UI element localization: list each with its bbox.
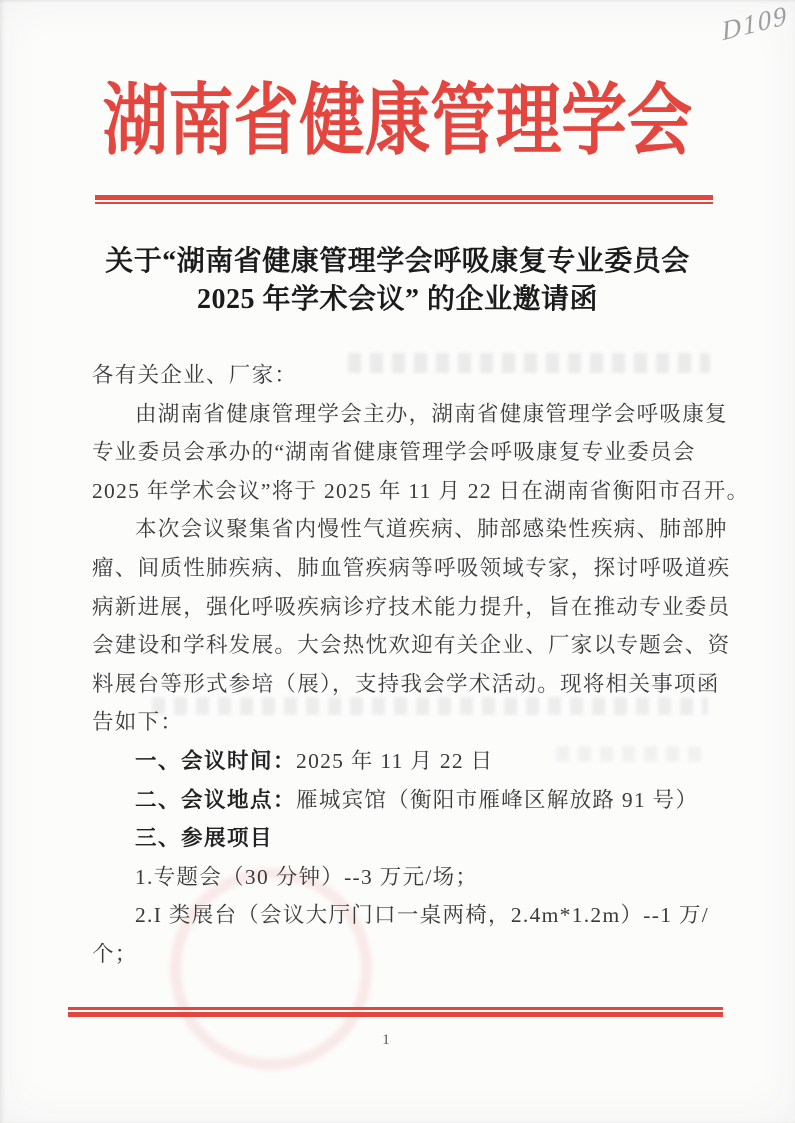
body-line: 料展台等形式参培（展），支持我会学术活动。现将相关事项函 <box>92 665 716 704</box>
letterhead-rule <box>95 195 713 204</box>
body-line: 由湖南省健康管理学会主办，湖南省健康管理学会呼吸康复 <box>92 395 716 434</box>
footer-rule <box>68 1007 723 1017</box>
body-line: 会建设和学科发展。大会热忱欢迎有关企业、厂家以专题会、资 <box>92 626 716 665</box>
body-line: 专业委员会承办的“湖南省健康管理学会呼吸康复专业委员会 <box>92 433 716 472</box>
body-line: 本次会议聚集省内慢性气道疾病、肺部感染性疾病、肺部肿 <box>92 510 716 549</box>
meeting-place-label: 二、会议地点： <box>135 788 296 812</box>
letterhead-rule-thick-line <box>95 195 713 200</box>
exhibition-item-1: 1.专题会（30 分钟）--3 万元/场； <box>92 858 716 897</box>
exhibition-item-2-line1: 2.I 类展台（会议大厅门口一桌两椅，2.4m*1.2m）--1 万/ <box>92 896 716 935</box>
meeting-time-label: 一、会议时间： <box>135 749 296 773</box>
footer-rule-thick-line <box>68 1012 723 1017</box>
meeting-place-line: 二、会议地点：雁城宾馆（衡阳市雁峰区解放路 91 号） <box>92 781 716 820</box>
handwritten-note: D109 <box>721 2 790 46</box>
meeting-time-value: 2025 年 11 月 22 日 <box>296 749 493 773</box>
document-title-line1: 关于“湖南省健康管理学会呼吸康复专业委员会 <box>55 243 740 281</box>
footer-rule-thin-line <box>68 1007 723 1010</box>
body-line: 瘤、间质性肺疾病、肺血管疾病等呼吸领域专家，探讨呼吸道疾 <box>92 549 716 588</box>
scanned-invitation-letter: D109 湖南省健康管理学会 关于“湖南省健康管理学会呼吸康复专业委员会 202… <box>0 0 795 1123</box>
meeting-place-value: 雁城宾馆（衡阳市雁峰区解放路 91 号） <box>296 788 698 812</box>
body-line: 告如下： <box>92 703 716 742</box>
letter-body: 各有关企业、厂家： 由湖南省健康管理学会主办，湖南省健康管理学会呼吸康复 专业委… <box>92 356 716 974</box>
page-number: 1 <box>0 1032 772 1049</box>
document-title-line2: 2025 年学术会议” 的企业邀请函 <box>55 281 740 319</box>
body-line: 病新进展，强化呼吸疾病诊疗技术能力提升，旨在推动专业委员 <box>92 588 716 627</box>
meeting-time-line: 一、会议时间：2025 年 11 月 22 日 <box>92 742 716 781</box>
exhibition-items-label: 三、参展项目 <box>135 826 273 850</box>
document-title: 关于“湖南省健康管理学会呼吸康复专业委员会 2025 年学术会议” 的企业邀请函 <box>55 243 740 319</box>
letterhead-org-name: 湖南省健康管理学会 <box>64 76 732 166</box>
exhibition-items-heading: 三、参展项目 <box>92 819 716 858</box>
exhibition-item-2-line2: 个； <box>92 935 716 974</box>
salutation-line: 各有关企业、厂家： <box>92 356 716 395</box>
letterhead-rule-thin-line <box>95 202 713 204</box>
body-line: 2025 年学术会议”将于 2025 年 11 月 22 日在湖南省衡阳市召开。 <box>92 472 716 511</box>
